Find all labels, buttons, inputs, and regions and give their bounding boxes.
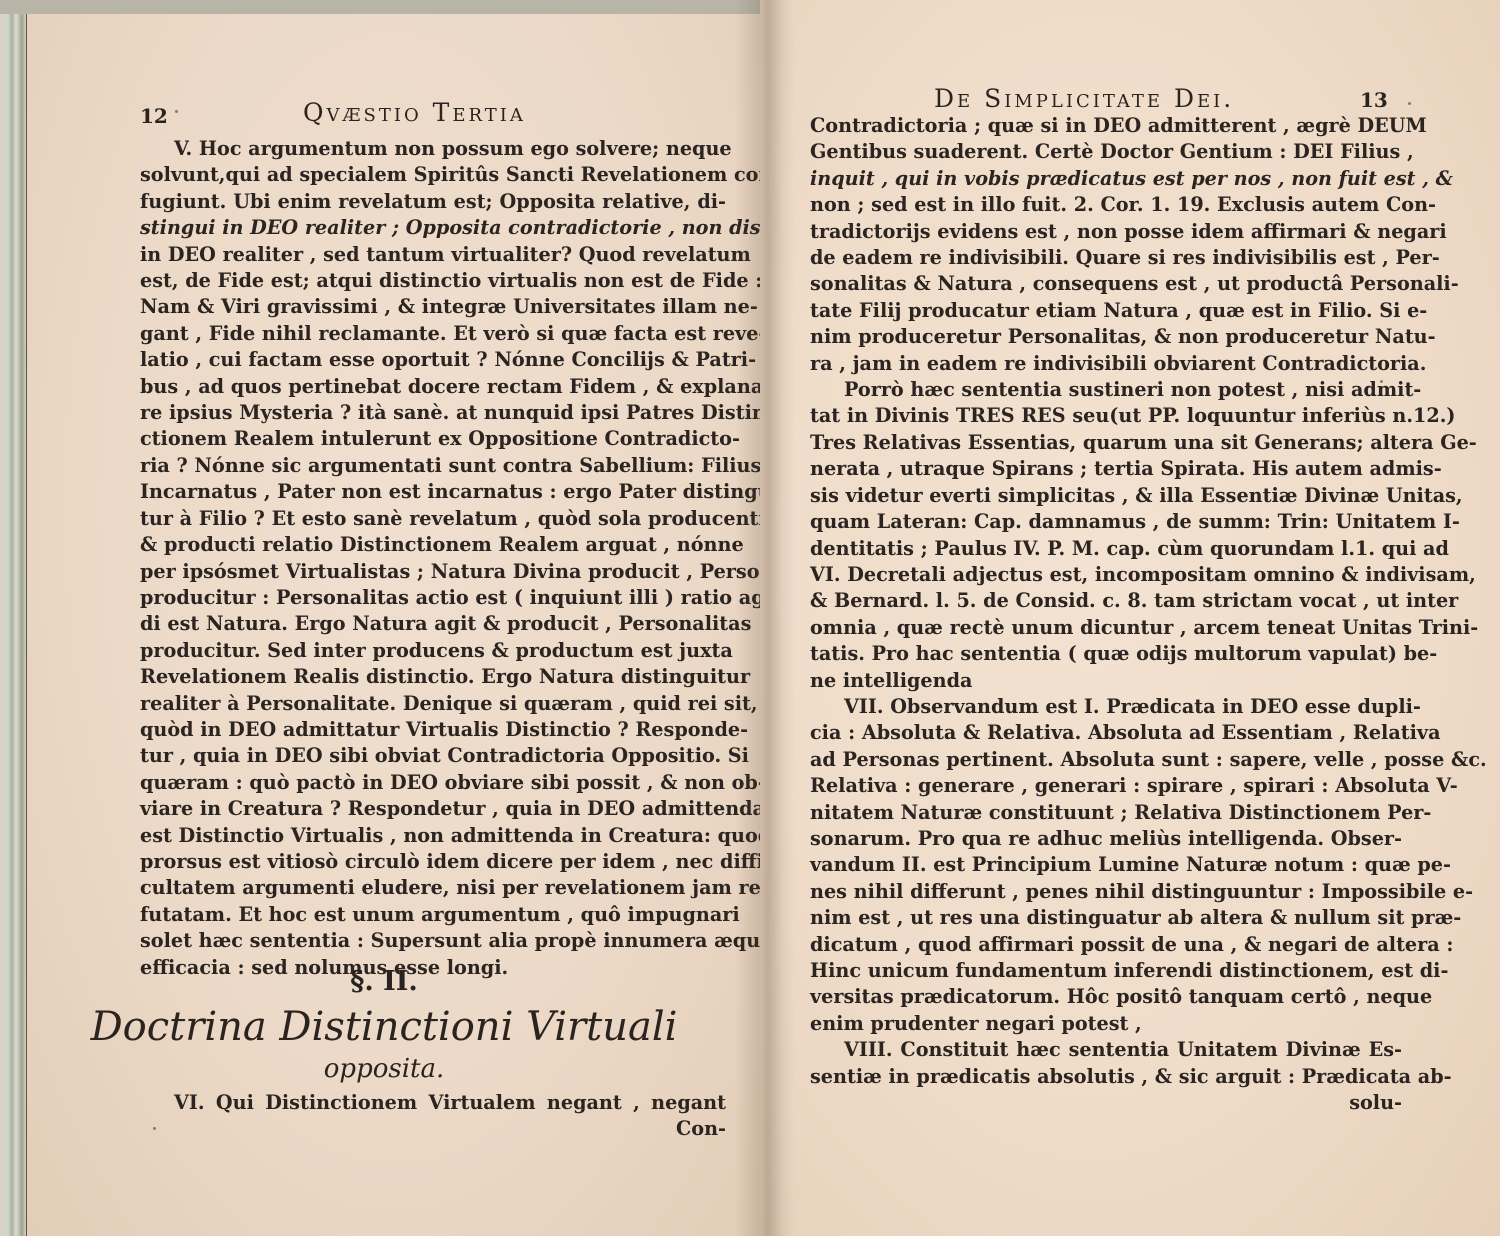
text-line: gant , Fide nihil reclamante. Et verò si… [140, 321, 726, 347]
text-line: sonarum. Pro qua re adhuc meliùs intelli… [810, 826, 1402, 852]
text-line: & producti relatio Distinctionem Realem … [140, 532, 726, 558]
text-line: solet hæc sententia : Supersunt alia pro… [140, 928, 726, 954]
text-line: stingui in DEO realiter ; Opposita contr… [140, 215, 726, 241]
text-line: est Distinctio Virtualis , non admittend… [140, 823, 726, 849]
text-line: ra , jam in eadem re indivisibili obviar… [810, 351, 1402, 377]
text-line: VII. Observandum est I. Prædicata in DEO… [810, 694, 1402, 720]
text-line: VIII. Constituit hæc sententia Unitatem … [810, 1037, 1402, 1063]
text-line: ria ? Nónne sic argumentati sunt contra … [140, 453, 726, 479]
text-line: V. Hoc argumentum non possum ego solvere… [140, 136, 726, 162]
page-edges [0, 14, 28, 1236]
text-line: prorsus est vitiosò circulò idem dicere … [140, 849, 726, 875]
text-line: quam Lateran: Cap. damnamus , de summ: T… [810, 509, 1402, 535]
text-line: est, de Fide est; atqui distinctio virtu… [140, 268, 726, 294]
text-line: Hinc unicum fundamentum inferendi distin… [810, 958, 1402, 984]
text-line: tradictorijs evidens est , non posse ide… [810, 219, 1402, 245]
text-line: per ipsósmet Virtualistas ; Natura Divin… [140, 559, 726, 585]
page-number: 13 [1360, 88, 1388, 112]
running-head: Qvæstio Tertia [303, 98, 526, 127]
text-line: bus , ad quos pertinebat docere rectam F… [140, 374, 726, 400]
text-line: solvunt,qui ad specialem Spiritûs Sancti… [140, 162, 726, 188]
paper-speck [1380, 380, 1383, 383]
text-line: de eadem re indivisibili. Quare si res i… [810, 245, 1402, 271]
text-line: enim prudenter negari potest , [810, 1011, 1402, 1037]
text-line: tur à Filio ? Et esto sanè revelatum , q… [140, 506, 726, 532]
text-line: sonalitas & Natura , consequens est , ut… [810, 271, 1402, 297]
text-line: realiter à Personalitate. Denique si quæ… [140, 691, 726, 717]
text-line: futatam. Et hoc est unum argumentum , qu… [140, 902, 726, 928]
text-line: nim est , ut res una distinguatur ab alt… [810, 905, 1402, 931]
text-line: sis videtur everti simplicitas , & illa … [810, 483, 1402, 509]
text-line: nes nihil differunt , penes nihil distin… [810, 879, 1402, 905]
catchword: solu- [810, 1090, 1402, 1116]
text-line: cultatem argumenti eludere, nisi per rev… [140, 875, 726, 901]
page-number: 12 [140, 104, 168, 128]
section-mark: §. II. [17, 966, 751, 997]
section-title: Doctrina Distinctioni Virtuali [17, 1004, 751, 1050]
text-line: ne intelligenda [810, 668, 1402, 694]
text-line: dentitatis ; Paulus IV. P. M. cap. cùm q… [810, 536, 1402, 562]
text-line: Contradictoria ; quæ si in DEO admittere… [810, 113, 1402, 139]
text-line: tur , quia in DEO sibi obviat Contradict… [140, 743, 726, 769]
text-line: VI. Decretali adjectus est, incompositam… [810, 562, 1402, 588]
text-line: nitatem Naturæ constituunt ; Relativa Di… [810, 800, 1402, 826]
text-line: Tres Relativas Essentias, quarum una sit… [810, 430, 1402, 456]
text-line: VI. Qui Distinctionem Virtualem negant ,… [140, 1090, 726, 1116]
text-line: latio , cui factam esse oportuit ? Nónne… [140, 347, 726, 373]
right-page: De Simplicitate Dei. 13 Contradictoria ;… [760, 0, 1500, 1236]
text-line: quæram : quò pactò in DEO obviare sibi p… [140, 770, 726, 796]
text-line: producitur : Personalitas actio est ( in… [140, 585, 726, 611]
text-line: quòd in DEO admittatur Virtualis Distinc… [140, 717, 726, 743]
text-line: nim produceretur Personalitas, & non pro… [810, 324, 1402, 350]
running-head: De Simplicitate Dei. [934, 84, 1234, 113]
text-line: Nam & Viri gravissimi , & integræ Univer… [140, 294, 726, 320]
text-line: versitas prædicatorum. Hôc positô tanqua… [810, 984, 1402, 1010]
text-line: in DEO realiter , sed tantum virtualiter… [140, 242, 726, 268]
paper-speck [153, 1127, 156, 1130]
text-line: di est Natura. Ergo Natura agit & produc… [140, 611, 726, 637]
text-line: re ipsius Mysteria ? ità sanè. at nunqui… [140, 400, 726, 426]
catchword: Con- [140, 1116, 726, 1142]
text-line: producitur. Sed inter producens & produc… [140, 638, 726, 664]
text-line: cia : Absoluta & Relativa. Absoluta ad E… [810, 720, 1402, 746]
text-line: ctionem Realem intulerunt ex Oppositione… [140, 426, 726, 452]
text-line: Gentibus suaderent. Certè Doctor Gentium… [810, 139, 1402, 165]
paragraph-v: V. Hoc argumentum non possum ego solvere… [140, 136, 726, 981]
paper-speck [175, 110, 178, 113]
text-line: & Bernard. l. 5. de Consid. c. 8. tam st… [810, 588, 1402, 614]
text-line: Porrò hæc sententia sustineri non potest… [810, 377, 1402, 403]
text-line: tate Filij producatur etiam Natura , quæ… [810, 298, 1402, 324]
text-line: tat in Divinis TRES RES seu(ut PP. loquu… [810, 403, 1402, 429]
right-page-body: Contradictoria ; quæ si in DEO admittere… [810, 113, 1402, 1116]
text-line: sentiæ in prædicatis absolutis , & sic a… [810, 1064, 1402, 1090]
text-line: viare in Creatura ? Respondetur , quia i… [140, 796, 726, 822]
text-line: omnia , quæ rectè unum dicuntur , arcem … [810, 615, 1402, 641]
paragraph-vi: VI. Qui Distinctionem Virtualem negant ,… [140, 1090, 726, 1143]
text-line: non ; sed est in illo fuit. 2. Cor. 1. 1… [810, 192, 1402, 218]
text-line: inquit , qui in vobis prædicatus est per… [810, 166, 1402, 192]
text-line: Relativa : generare , generari : spirare… [810, 773, 1402, 799]
paper-speck [1408, 102, 1411, 105]
text-line: tatis. Pro hac sententia ( quæ odijs mul… [810, 641, 1402, 667]
section-subtitle: opposita. [17, 1054, 751, 1084]
book-spread: 12 Qvæstio Tertia V. Hoc argumentum non … [0, 0, 1500, 1236]
text-line: dicatum , quod affirmari possit de una ,… [810, 932, 1402, 958]
text-line: Revelationem Realis distinctio. Ergo Nat… [140, 664, 726, 690]
text-line: vandum II. est Principium Lumine Naturæ … [810, 852, 1402, 878]
text-line: fugiunt. Ubi enim revelatum est; Opposit… [140, 189, 726, 215]
text-line: Incarnatus , Pater non est incarnatus : … [140, 479, 726, 505]
left-page: 12 Qvæstio Tertia V. Hoc argumentum non … [26, 14, 761, 1236]
text-line: ad Personas pertinent. Absoluta sunt : s… [810, 747, 1402, 773]
text-line: nerata , utraque Spirans ; tertia Spirat… [810, 456, 1402, 482]
